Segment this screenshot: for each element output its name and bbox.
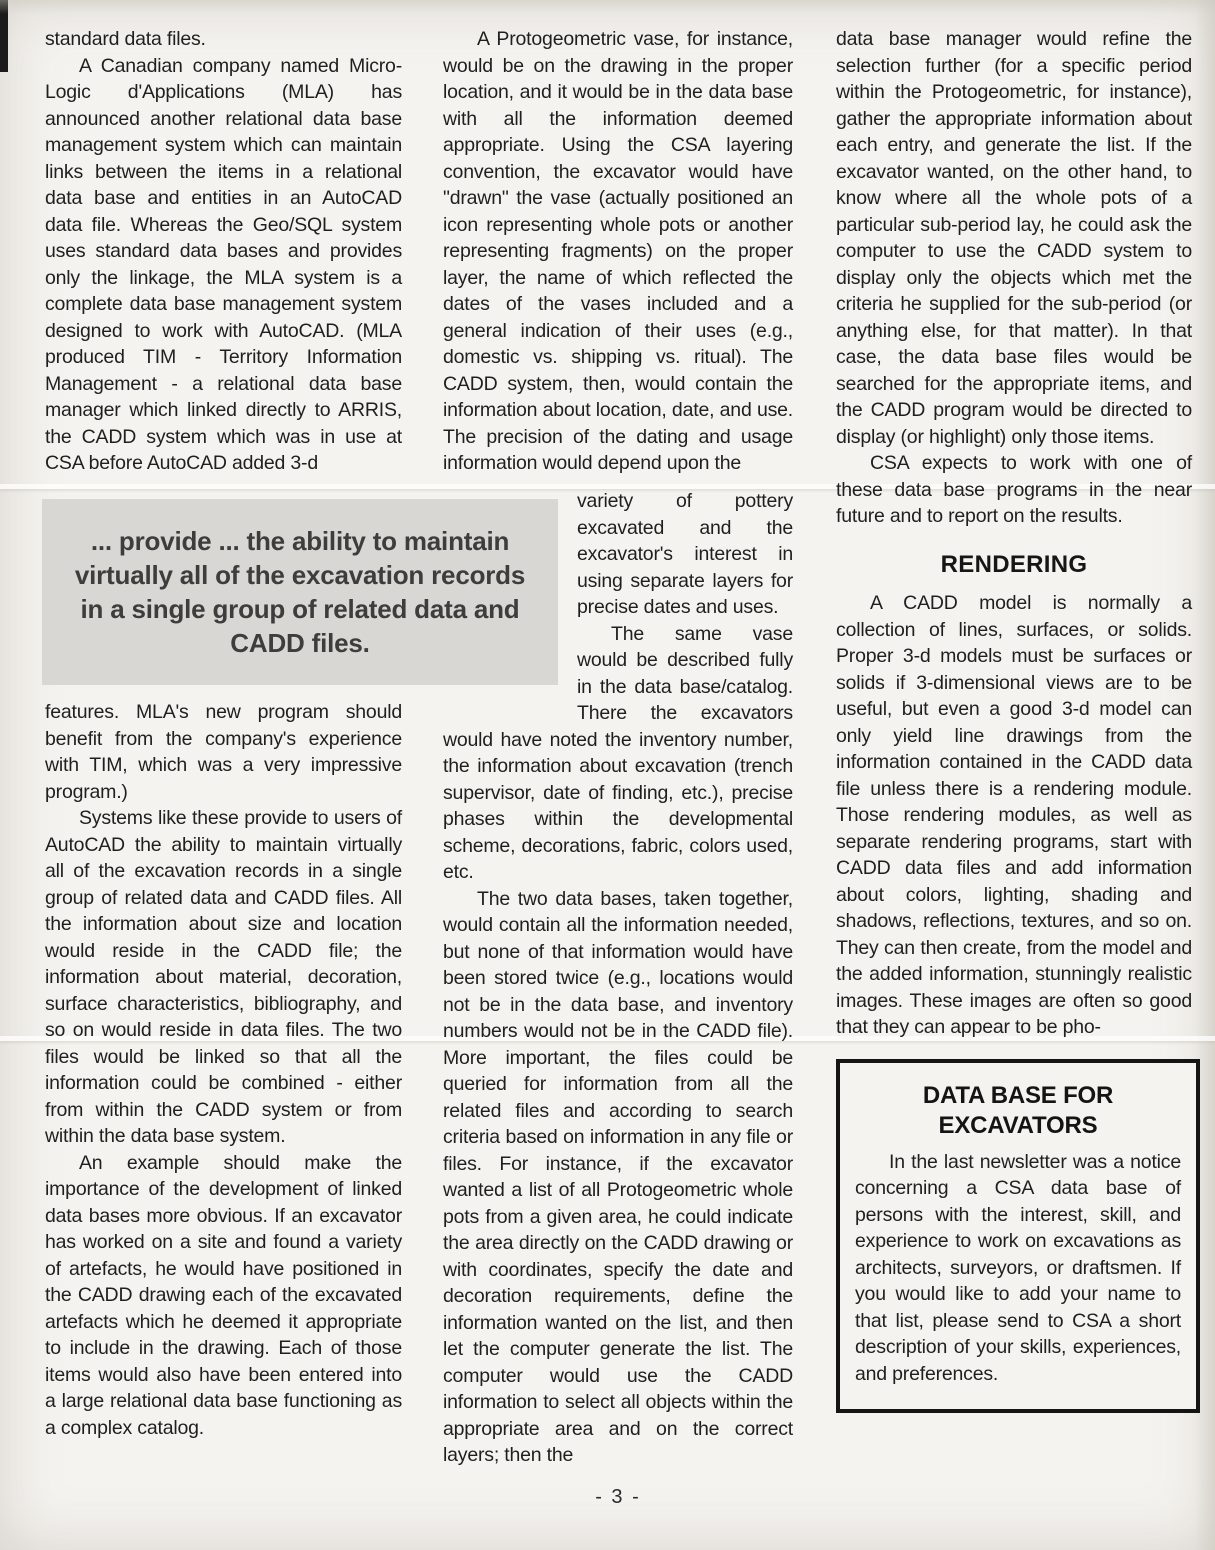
paragraph: standard data files. [45,26,402,53]
column-3: data base manager would refine the selec… [836,26,1192,1413]
paragraph: A Protogeometric vase, for instance, wou… [443,26,793,477]
paragraph: A CADD model is normally a collection of… [836,590,1192,1041]
column-1-top: standard data files. A Canadian company … [45,26,402,477]
column-2-bottom: variety of pottery excavated and the exc… [443,488,793,1469]
paragraph: CSA expects to work with one of these da… [836,450,1192,530]
column-2-top: A Protogeometric vase, for instance, wou… [443,26,793,477]
paragraph: features. MLA's new program should benef… [45,699,402,805]
paragraph: Systems like these provide to users of A… [45,805,402,1150]
notice-box: DATA BASE FOR EXCAVATORS In the last new… [836,1059,1200,1414]
notice-box-title: DATA BASE FOR EXCAVATORS [855,1081,1181,1141]
page-number: - 3 - [443,1486,793,1509]
paragraph: A Canadian company named Micro-Logic d'A… [45,53,402,477]
rendering-heading: RENDERING [836,552,1192,579]
column-1-bottom: features. MLA's new program should benef… [45,699,402,1441]
paragraph: data base manager would refine the selec… [836,26,1192,450]
newsletter-page: standard data files. A Canadian company … [0,0,1215,1550]
paragraph: An example should make the importance of… [45,1150,402,1442]
scan-top-shade [0,0,1215,14]
pull-quote-wrap-spacer [443,488,577,702]
notice-box-body: In the last newsletter was a notice conc… [855,1149,1181,1388]
paragraph: The two data bases, taken together, woul… [443,886,793,1469]
